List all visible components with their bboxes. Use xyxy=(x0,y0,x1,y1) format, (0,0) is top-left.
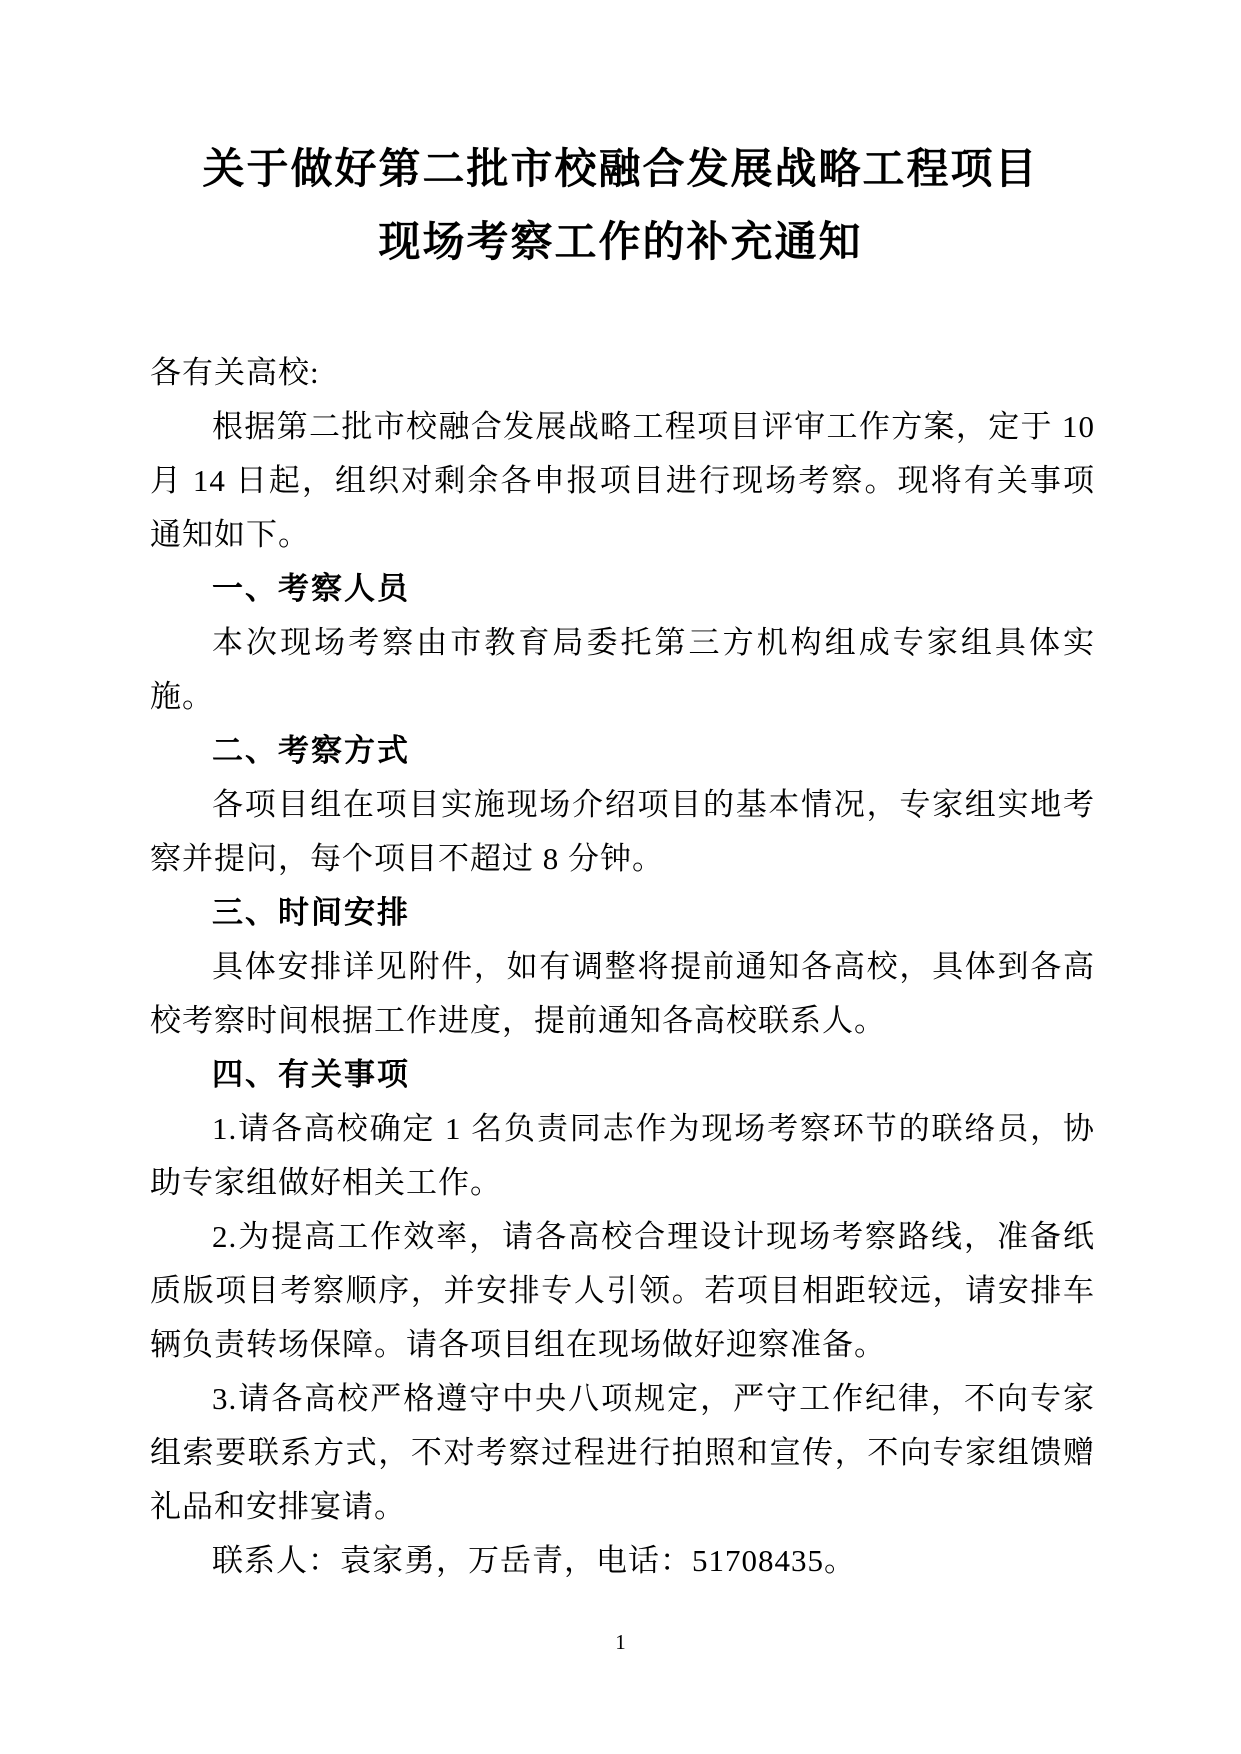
page-number: 1 xyxy=(0,1630,1241,1654)
intro-paragraph: 根据第二批市校融合发展战略工程项目评审工作方案，定于 10 月 14 日起，组织… xyxy=(150,400,1095,562)
document-body: 各有关高校: 根据第二批市校融合发展战略工程项目评审工作方案，定于 10 月 1… xyxy=(150,346,1095,1588)
section-heading-schedule: 三、时间安排 xyxy=(150,886,1095,940)
matters-item-3: 3.请各高校严格遵守中央八项规定，严守工作纪律，不向专家组索要联系方式，不对考察… xyxy=(150,1372,1095,1534)
matters-item-2: 2.为提高工作效率，请各高校合理设计现场考察路线，准备纸质版项目考察顺序，并安排… xyxy=(150,1210,1095,1372)
matters-item-1: 1.请各高校确定 1 名负责同志作为现场考察环节的联络员，协助专家组做好相关工作… xyxy=(150,1102,1095,1210)
document-title: 关于做好第二批市校融合发展战略工程项目 现场考察工作的补充通知 xyxy=(0,0,1241,280)
section-paragraph-inspectors: 本次现场考察由市教育局委托第三方机构组成专家组具体实施。 xyxy=(150,616,1095,724)
contact-line: 联系人：袁家勇，万岳青，电话：51708435。 xyxy=(150,1534,1095,1588)
section-heading-inspectors: 一、考察人员 xyxy=(150,562,1095,616)
salutation-line: 各有关高校: xyxy=(150,346,1095,400)
section-heading-method: 二、考察方式 xyxy=(150,724,1095,778)
section-paragraph-schedule: 具体安排详见附件，如有调整将提前通知各高校，具体到各高校考察时间根据工作进度，提… xyxy=(150,940,1095,1048)
section-heading-matters: 四、有关事项 xyxy=(150,1048,1095,1102)
section-paragraph-method: 各项目组在项目实施现场介绍项目的基本情况，专家组实地考察并提问，每个项目不超过 … xyxy=(150,778,1095,886)
document-title-line-1: 关于做好第二批市校融合发展战略工程项目 xyxy=(0,134,1241,207)
document-page: 关于做好第二批市校融合发展战略工程项目 现场考察工作的补充通知 各有关高校: 根… xyxy=(0,0,1241,1754)
document-title-line-2: 现场考察工作的补充通知 xyxy=(0,207,1241,280)
